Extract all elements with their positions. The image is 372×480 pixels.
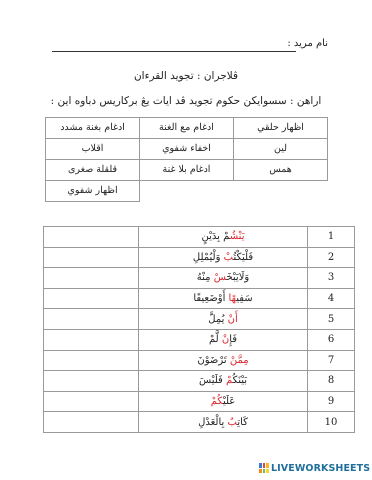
student-name-line bbox=[52, 51, 296, 52]
answer-input[interactable] bbox=[44, 269, 138, 287]
page-title: ڤلاجران : تجويد القرءان bbox=[0, 70, 372, 82]
question-row: فَلْيَكْتُبْ وَلْيُمْلِلِ2 bbox=[44, 247, 355, 268]
verse-cell: كَاتِبٌ بِالْعَدْلِ bbox=[139, 412, 308, 433]
question-number: 2 bbox=[308, 247, 355, 268]
answer-cell bbox=[44, 371, 139, 392]
verse-text: لَّمْ bbox=[209, 334, 222, 345]
question-number: 5 bbox=[308, 309, 355, 330]
option-cell: اقلاب bbox=[45, 138, 140, 160]
logo-square bbox=[266, 463, 269, 468]
question-row: يَنْشُمْ بِدَيْنٍ1 bbox=[44, 227, 355, 248]
verse-highlight: مْ bbox=[226, 375, 233, 386]
answer-cell bbox=[44, 268, 139, 289]
options-row: لين اخفاء شفوي اقلاب bbox=[43, 139, 328, 160]
verse-text: يُمِلَّ bbox=[208, 314, 227, 325]
question-number: 10 bbox=[308, 412, 355, 433]
question-row: بَيْنَكُمْ فَلَيْسَ8 bbox=[44, 371, 355, 392]
verse-text: بِالْعَدْلِ bbox=[198, 417, 227, 428]
question-row: كَاتِبٌ بِالْعَدْلِ10 bbox=[44, 412, 355, 433]
verse-cell: بَيْنَكُمْ فَلَيْسَ bbox=[139, 371, 308, 392]
verse-text: وَلَايَبْخَ bbox=[226, 272, 249, 283]
answer-input[interactable] bbox=[44, 290, 138, 308]
verse-highlight: أَنْ bbox=[228, 314, 238, 325]
verse-cell: عَلَيْكُمْ bbox=[139, 391, 308, 412]
answer-cell bbox=[44, 350, 139, 371]
option-cell: همس bbox=[233, 159, 328, 181]
question-row: عَلَيْكُمْ9 bbox=[44, 391, 355, 412]
question-number: 7 bbox=[308, 350, 355, 371]
answer-input[interactable] bbox=[44, 413, 138, 431]
student-name-row: نام مريد : bbox=[0, 38, 372, 54]
answer-input[interactable] bbox=[44, 331, 138, 349]
answer-cell bbox=[44, 329, 139, 350]
options-row: اظهار شفوي bbox=[43, 181, 328, 202]
verse-highlight: سْ bbox=[214, 272, 227, 283]
verse-highlight: مِمَّنْ bbox=[230, 355, 249, 366]
verse-text: عَلَيْ bbox=[223, 396, 235, 407]
options-row: اظهار حلقي ادغام مع الغنة ادغام بغنة مشد… bbox=[43, 118, 328, 139]
verse-text: مْ بِدَيْنٍ bbox=[202, 231, 230, 242]
logo-square bbox=[263, 469, 266, 474]
logo-square bbox=[259, 463, 262, 468]
answer-cell bbox=[44, 309, 139, 330]
answer-input[interactable] bbox=[44, 393, 138, 411]
question-number: 6 bbox=[308, 329, 355, 350]
options-row: همس ادغام بلا غنة قلقلة صغرى bbox=[43, 160, 328, 181]
verse-cell: سَفِيهًا أَوْضَعِيفًا bbox=[139, 288, 308, 309]
answer-cell bbox=[44, 288, 139, 309]
verse-highlight: يَنْشُ bbox=[230, 231, 245, 242]
verse-highlight: كُمْ bbox=[211, 396, 223, 407]
verse-text: كَاتِ bbox=[237, 417, 248, 428]
question-row: أَنْ يُمِلَّ5 bbox=[44, 309, 355, 330]
instruction-text: اراهن : سسوايكن حكوم تجويد ڤد ايات يڠ بر… bbox=[0, 95, 372, 107]
option-cell: قلقلة صغرى bbox=[45, 159, 140, 181]
option-cell: اظهار شفوي bbox=[45, 180, 140, 202]
answer-cell bbox=[44, 391, 139, 412]
verse-text: سَفِي bbox=[236, 293, 252, 304]
answer-input[interactable] bbox=[44, 310, 138, 328]
question-number: 4 bbox=[308, 288, 355, 309]
liveworksheets-logo-text: LIVEWORKSHEETS bbox=[271, 463, 370, 474]
logo-square bbox=[263, 463, 266, 468]
answer-input[interactable] bbox=[44, 228, 138, 246]
option-cell: اخفاء شفوي bbox=[139, 138, 234, 160]
verse-cell: أَنْ يُمِلَّ bbox=[139, 309, 308, 330]
liveworksheets-logo-icon bbox=[259, 463, 269, 473]
verse-cell: فَلْيَكْتُبْ وَلْيُمْلِلِ bbox=[139, 247, 308, 268]
verse-text: بَيْنَكُ bbox=[233, 375, 247, 386]
verse-highlight: بْ bbox=[224, 252, 234, 263]
question-number: 1 bbox=[308, 227, 355, 248]
verse-cell: مِمَّنْ تَرْضَوْنَ bbox=[139, 350, 308, 371]
question-number: 8 bbox=[308, 371, 355, 392]
answer-input[interactable] bbox=[44, 372, 138, 390]
logo-square bbox=[259, 469, 262, 474]
verse-highlight: بٌ bbox=[227, 417, 237, 428]
option-cell: ادغام بغنة مشدد bbox=[45, 117, 140, 139]
student-name-label: نام مريد : bbox=[287, 38, 328, 49]
question-row: فَإِنْ لَّمْ6 bbox=[44, 329, 355, 350]
answer-input[interactable] bbox=[44, 248, 138, 266]
questions-table: يَنْشُمْ بِدَيْنٍ1فَلْيَكْتُبْ وَلْيُمْل… bbox=[43, 226, 355, 433]
question-row: سَفِيهًا أَوْضَعِيفًا4 bbox=[44, 288, 355, 309]
answer-cell bbox=[44, 247, 139, 268]
option-cell: ادغام مع الغنة bbox=[139, 117, 234, 139]
answer-cell bbox=[44, 412, 139, 433]
verse-cell: وَلَايَبْخَسْ مِنْهُ bbox=[139, 268, 308, 289]
option-cell: اظهار حلقي bbox=[233, 117, 328, 139]
verse-text: فَإِ bbox=[229, 334, 237, 345]
verse-text: أَوْضَعِيفًا bbox=[193, 293, 228, 304]
verse-text: تَرْضَوْنَ bbox=[197, 355, 229, 366]
options-table: اظهار حلقي ادغام مع الغنة ادغام بغنة مشد… bbox=[43, 118, 328, 202]
option-cell-empty bbox=[139, 180, 234, 202]
question-number: 3 bbox=[308, 268, 355, 289]
question-number: 9 bbox=[308, 391, 355, 412]
question-row: وَلَايَبْخَسْ مِنْهُ3 bbox=[44, 268, 355, 289]
answer-cell bbox=[44, 227, 139, 248]
option-cell: لين bbox=[233, 138, 328, 160]
question-row: مِمَّنْ تَرْضَوْنَ7 bbox=[44, 350, 355, 371]
option-cell: ادغام بلا غنة bbox=[139, 159, 234, 181]
verse-text: فَلَيْسَ bbox=[199, 375, 226, 386]
option-cell-empty bbox=[233, 180, 328, 202]
verse-text: فَلْيَكْتُ bbox=[233, 252, 253, 263]
liveworksheets-logo: LIVEWORKSHEETS bbox=[259, 462, 370, 474]
verse-text: مِنْهُ bbox=[197, 272, 214, 283]
verse-text: وَلْيُمْلِلِ bbox=[193, 252, 224, 263]
logo-square bbox=[266, 469, 269, 474]
answer-input[interactable] bbox=[44, 351, 138, 369]
verse-cell: فَإِنْ لَّمْ bbox=[139, 329, 308, 350]
verse-cell: يَنْشُمْ بِدَيْنٍ bbox=[139, 227, 308, 248]
